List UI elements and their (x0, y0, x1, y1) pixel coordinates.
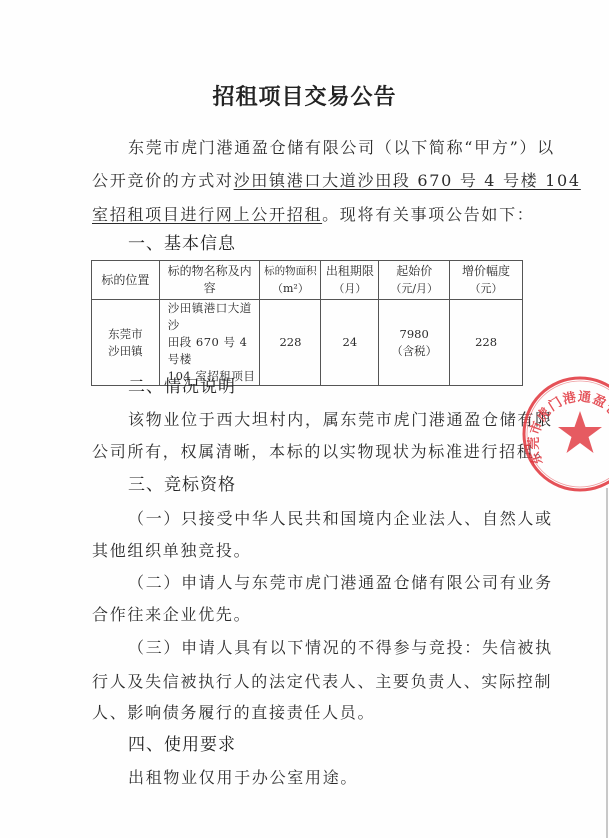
situation-line-2: 公司所有，权属清晰，本标的以实物现状为标准进行招租。 (92, 441, 524, 463)
cell-term: 24 (321, 300, 379, 386)
page-edge-divider (606, 488, 608, 838)
table-header-increment: 增价幅度（元） (450, 261, 523, 300)
table-header-location: 标的位置 (92, 261, 160, 300)
qualification-line-2: 其他组织单独竞投。 (92, 540, 524, 562)
intro-line-3: 室招租项目进行网上公开招租。现将有关事项公告如下： (92, 204, 524, 226)
table-header-name: 标的物名称及内容 (159, 261, 260, 300)
cell-name: 沙田镇港口大道沙田段 670 号 4 号楼104 室招租项目 (159, 300, 260, 386)
document-title: 招租项目交易公告 (0, 80, 609, 111)
cell-start-price: 7980（含税） (379, 300, 450, 386)
qualification-line-4: 合作往来企业优先。 (92, 604, 524, 626)
section-heading-situation: 二、情况说明 (128, 376, 560, 398)
table-header-area: 标的物面积（m²） (260, 261, 321, 300)
intro-line-3-suffix: 。现将有关事项公告如下： (322, 205, 534, 224)
situation-line-1: 该物业位于西大坦村内，属东莞市虎门港通盈仓储有限 (128, 409, 524, 431)
intro-property-address: 沙田镇港口大道沙田段 670 号 4 号楼 104 (234, 171, 581, 190)
basic-info-table: 标的位置 标的物名称及内容 标的物面积（m²） 出租期限（月） 起始价（元/月）… (91, 260, 523, 386)
svg-text:东莞市虎门港通盈仓储有限公司: 东莞市虎门港通盈仓储有限公司 (521, 375, 609, 467)
qualification-line-5: （三）申请人具有以下情况的不得参与竞投：失信被执 (128, 637, 524, 659)
cell-area: 228 (260, 300, 321, 386)
section-heading-qualification: 三、竞标资格 (128, 474, 560, 496)
table-header-row: 标的位置 标的物名称及内容 标的物面积（m²） 出租期限（月） 起始价（元/月）… (92, 261, 523, 300)
intro-line-1: 东莞市虎门港通盈仓储有限公司（以下简称“甲方”）以 (128, 137, 524, 159)
qualification-line-7: 人、影响债务履行的直接责任人员。 (92, 702, 524, 724)
cell-increment: 228 (450, 300, 523, 386)
section-heading-basic-info: 一、基本信息 (128, 233, 560, 255)
intro-project-name: 室招租项目进行网上公开招租 (92, 205, 322, 224)
intro-line-2-prefix: 公开竞价的方式对 (92, 171, 234, 190)
intro-line-2: 公开竞价的方式对沙田镇港口大道沙田段 670 号 4 号楼 104 (92, 170, 524, 192)
table-header-start-price: 起始价（元/月） (379, 261, 450, 300)
table-header-term: 出租期限（月） (321, 261, 379, 300)
qualification-line-3: （二）申请人与东莞市虎门港通盈仓储有限公司有业务 (128, 572, 524, 594)
cell-location: 东莞市沙田镇 (92, 300, 160, 386)
company-seal-icon: 东莞市虎门港通盈仓储有限公司 (521, 375, 609, 493)
qualification-line-1: （一）只接受中华人民共和国境内企业法人、自然人或 (128, 508, 524, 530)
qualification-line-6: 行人及失信被执行人的法定代表人、主要负责人、实际控制 (92, 671, 524, 693)
document-page: 招租项目交易公告 东莞市虎门港通盈仓储有限公司（以下简称“甲方”）以 公开竞价的… (0, 0, 609, 838)
table-row: 东莞市沙田镇 沙田镇港口大道沙田段 670 号 4 号楼104 室招租项目 22… (92, 300, 523, 386)
section-heading-usage: 四、使用要求 (128, 734, 560, 756)
usage-line-1: 出租物业仅用于办公室用途。 (128, 767, 524, 789)
